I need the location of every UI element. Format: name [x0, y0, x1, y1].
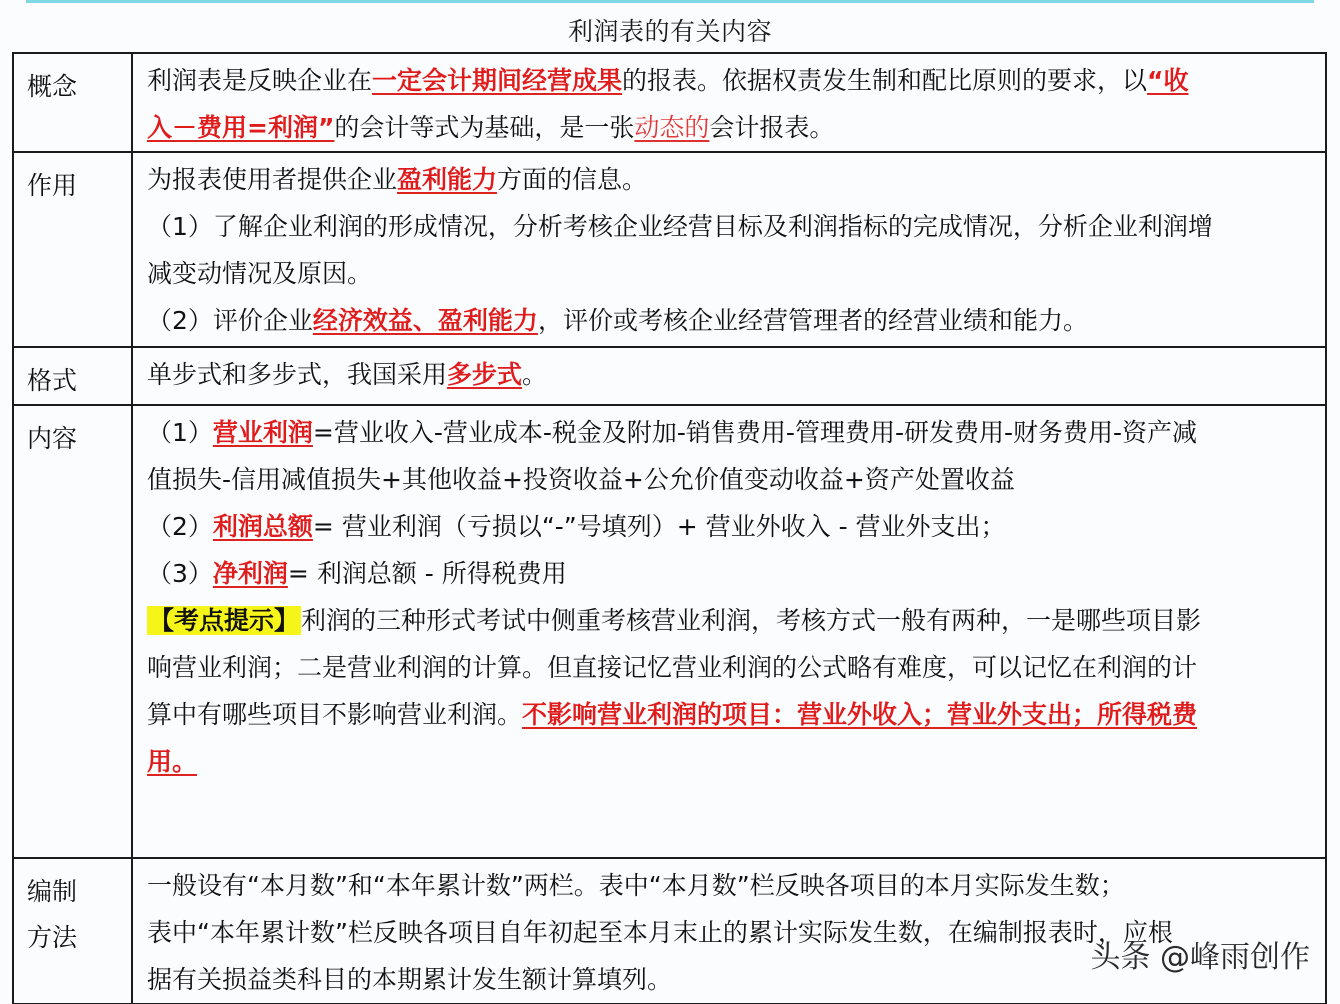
income-statement-table: 概念利润表是反映企业在一定会计期间经营成果的报表。依据权责发生制和配比原则的要求… — [12, 52, 1327, 1004]
highlighted-term: 营业利润 — [213, 418, 313, 447]
text-line: 一般设有“本月数”和“本年累计数”两栏。表中“本月数”栏反映各项目的本月实际发生… — [147, 862, 1313, 909]
text-line: （1）了解企业利润的形成情况，分析考核企业经营目标及利润指标的完成情况，分析企业… — [147, 203, 1313, 250]
text-segment: 值损失-信用减值损失+其他收益+投资收益+公允价值变动收益+资产处置收益 — [147, 465, 1015, 494]
row-label: 概念 — [13, 53, 132, 152]
highlighted-term: 利润总额 — [213, 512, 313, 541]
text-line: 【考点提示】利润的三种形式考试中侧重考核营业利润，考核方式一般有两种，一是哪些项… — [147, 597, 1313, 644]
text-segment: （3） — [147, 559, 213, 588]
text-segment: 表中“本年累计数”栏反映各项目自年初起至本月末止的累计实际发生数，在编制报表时，… — [147, 918, 1173, 947]
row-label: 作用 — [13, 152, 132, 347]
text-segment: （2）评价企业 — [147, 306, 313, 335]
text-segment: 的报表。依据权责发生制和配比原则的要求，以 — [622, 66, 1147, 95]
table-row-method: 编制方法一般设有“本月数”和“本年累计数”两栏。表中“本月数”栏反映各项目的本月… — [13, 858, 1326, 1004]
watermark: 头条 @峰雨创作 — [1090, 932, 1310, 976]
table-row-purpose: 作用为报表使用者提供企业盈利能力方面的信息。（1）了解企业利润的形成情况，分析考… — [13, 152, 1326, 347]
table-row-content: 内容（1）营业利润=营业收入-营业成本-税金及附加-销售费用-管理费用-研发费用… — [13, 405, 1326, 858]
text-segment: = 利润总额 - 所得税费用 — [288, 559, 567, 588]
text-line: （3）净利润= 利润总额 - 所得税费用 — [147, 550, 1313, 597]
text-segment: 方面的信息。 — [497, 165, 647, 194]
text-segment: = 营业利润（亏损以“-”号填列）+ 营业外收入 - 营业外支出； — [313, 512, 1006, 541]
row-label: 格式 — [13, 347, 132, 405]
text-segment: （1）了解企业利润的形成情况，分析考核企业经营目标及利润指标的完成情况，分析企业… — [147, 212, 1213, 241]
highlighted-term: 用。 — [147, 747, 197, 776]
row-body: 利润表是反映企业在一定会计期间经营成果的报表。依据权责发生制和配比原则的要求，以… — [132, 53, 1326, 152]
row-body: 为报表使用者提供企业盈利能力方面的信息。（1）了解企业利润的形成情况，分析考核企… — [132, 152, 1326, 347]
page-title: 利润表的有关内容 — [0, 12, 1340, 48]
row-label: 内容 — [13, 405, 132, 858]
text-line: 减变动情况及原因。 — [147, 250, 1313, 297]
text-line: 单步式和多步式，我国采用多步式。 — [147, 351, 1313, 398]
row-label-text: 作用 — [27, 163, 131, 209]
row-label-text: 方法 — [27, 915, 131, 961]
highlighted-term: 动态的 — [634, 113, 709, 142]
text-segment: 一般设有“本月数”和“本年累计数”两栏。表中“本月数”栏反映各项目的本月实际发生… — [147, 871, 1125, 900]
highlighted-term: 一定会计期间经营成果 — [372, 66, 622, 95]
highlighted-term: 盈利能力 — [397, 165, 497, 194]
text-segment: 据有关损益类科目的本期累计发生额计算填列。 — [147, 965, 672, 994]
text-segment: 为报表使用者提供企业 — [147, 165, 397, 194]
exam-tip-badge: 【考点提示】 — [147, 606, 301, 635]
text-segment: （1） — [147, 418, 213, 447]
text-segment: 会计报表。 — [709, 113, 834, 142]
row-label: 编制方法 — [13, 858, 132, 1004]
top-accent-bar — [26, 0, 1314, 3]
text-line: （1）营业利润=营业收入-营业成本-税金及附加-销售费用-管理费用-研发费用-财… — [147, 409, 1313, 456]
text-segment: 。 — [522, 360, 547, 389]
row-body: 一般设有“本月数”和“本年累计数”两栏。表中“本月数”栏反映各项目的本月实际发生… — [132, 858, 1326, 1004]
text-line: 值损失-信用减值损失+其他收益+投资收益+公允价值变动收益+资产处置收益 — [147, 456, 1313, 503]
text-line: （2）评价企业经济效益、盈利能力，评价或考核企业经营管理者的经营业绩和能力。 — [147, 297, 1313, 344]
text-line: 算中有哪些项目不影响营业利润。不影响营业利润的项目：营业外收入；营业外支出；所得… — [147, 691, 1313, 738]
text-segment: 单步式和多步式，我国采用 — [147, 360, 447, 389]
row-body: 单步式和多步式，我国采用多步式。 — [132, 347, 1326, 405]
text-segment: 减变动情况及原因。 — [147, 259, 372, 288]
table-row-format: 格式单步式和多步式，我国采用多步式。 — [13, 347, 1326, 405]
row-label-text: 概念 — [27, 64, 131, 110]
text-segment: 的会计等式为基础，是一张 — [334, 113, 634, 142]
table-row-concept: 概念利润表是反映企业在一定会计期间经营成果的报表。依据权责发生制和配比原则的要求… — [13, 53, 1326, 152]
highlighted-term: 净利润 — [213, 559, 288, 588]
text-line: 用。 — [147, 738, 1313, 785]
text-line: 响营业利润；二是营业利润的计算。但直接记忆营业利润的公式略有难度，可以记忆在利润… — [147, 644, 1313, 691]
text-segment: 利润表是反映企业在 — [147, 66, 372, 95]
highlighted-term: 不影响营业利润的项目：营业外收入；营业外支出；所得税费 — [522, 700, 1197, 729]
text-line: 利润表是反映企业在一定会计期间经营成果的报表。依据权责发生制和配比原则的要求，以… — [147, 57, 1313, 104]
text-line: （2）利润总额= 营业利润（亏损以“-”号填列）+ 营业外收入 - 营业外支出； — [147, 503, 1313, 550]
text-segment: =营业收入-营业成本-税金及附加-销售费用-管理费用-研发费用-财务费用-资产减 — [313, 418, 1197, 447]
text-line: 入－费用=利润”的会计等式为基础，是一张动态的会计报表。 — [147, 104, 1313, 151]
text-segment: 算中有哪些项目不影响营业利润。 — [147, 700, 522, 729]
row-body: （1）营业利润=营业收入-营业成本-税金及附加-销售费用-管理费用-研发费用-财… — [132, 405, 1326, 858]
row-label-text: 内容 — [27, 416, 131, 462]
text-segment: 响营业利润；二是营业利润的计算。但直接记忆营业利润的公式略有难度，可以记忆在利润… — [147, 653, 1197, 682]
row-label-text: 编制 — [27, 869, 131, 915]
text-segment: （2） — [147, 512, 213, 541]
text-line: 为报表使用者提供企业盈利能力方面的信息。 — [147, 156, 1313, 203]
text-segment: 利润的三种形式考试中侧重考核营业利润，考核方式一般有两种，一是哪些项目影 — [301, 606, 1201, 635]
highlighted-term: 多步式 — [447, 360, 522, 389]
highlighted-term: “收 — [1147, 66, 1188, 95]
highlighted-term: 入－费用=利润” — [147, 113, 334, 142]
row-label-text: 格式 — [27, 358, 131, 404]
text-segment: ，评价或考核企业经营管理者的经营业绩和能力。 — [538, 306, 1088, 335]
highlighted-term: 经济效益、盈利能力 — [313, 306, 538, 335]
